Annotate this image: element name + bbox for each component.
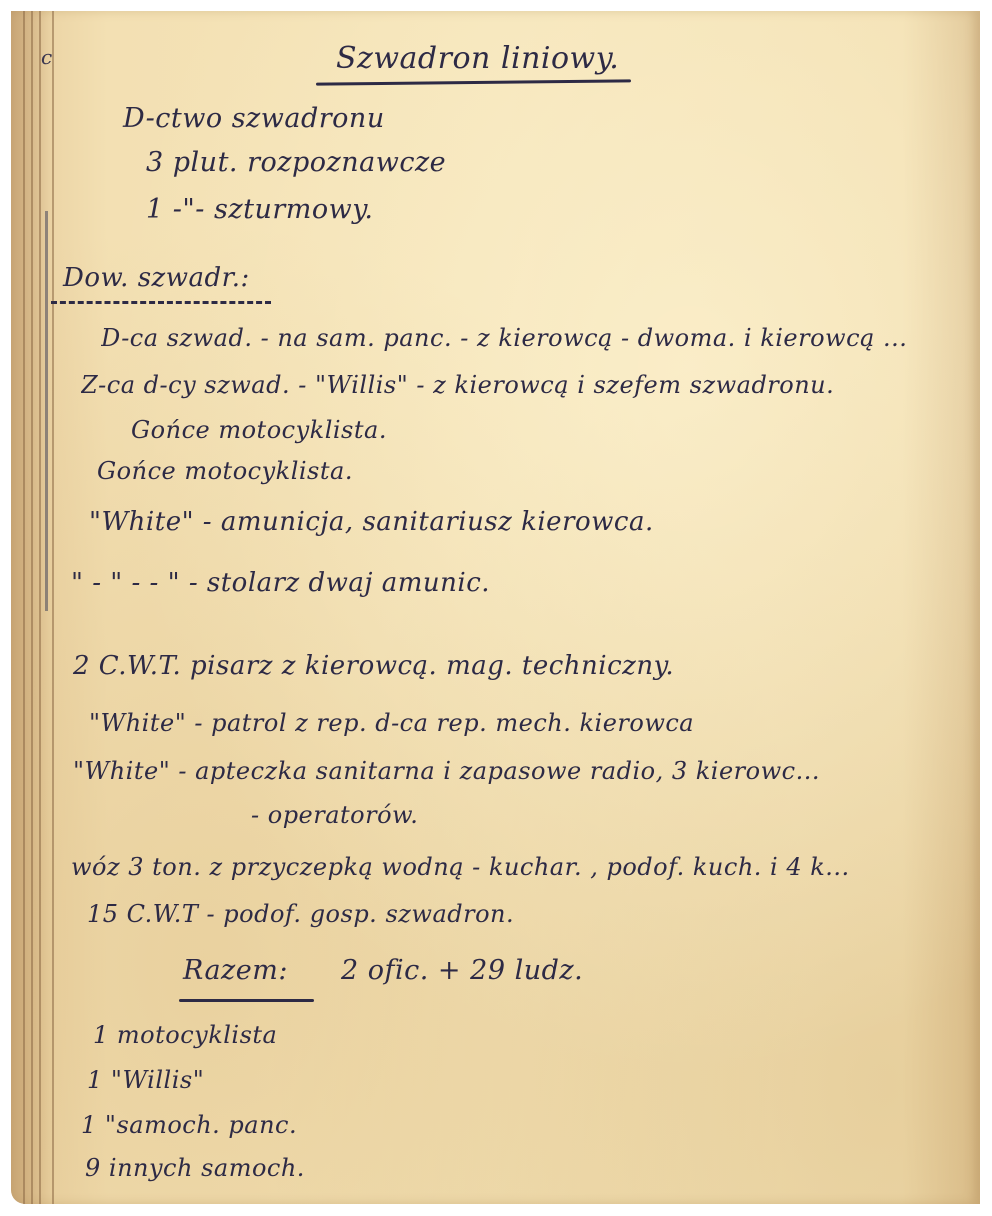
text-line: "White" - amunicja, sanitariusz kierowca…	[89, 507, 654, 537]
composition-line: 3 plut. rozpoznawcze	[146, 147, 446, 178]
text-line: D-ca szwad. - na sam. panc. - z kierowcą…	[101, 324, 976, 352]
binding-line	[39, 11, 41, 1204]
composition-line: D-ctwo szwadronu	[123, 103, 385, 134]
text-line: "White" - patrol z rep. d-ca rep. mech. …	[89, 709, 694, 737]
page-title: Szwadron liniowy.	[336, 41, 619, 76]
text-line: 15 C.W.T - podof. gosp. szwadron.	[87, 900, 514, 928]
text-line: Gońce motocyklista.	[131, 416, 387, 444]
text-line: - operatorów.	[251, 801, 418, 829]
vehicle-line: 1 "Willis"	[87, 1066, 204, 1094]
text-line: Gońce motocyklista.	[97, 457, 353, 485]
text-line: Z-ca d-cy szwad. - "Willis" - z kierowcą…	[81, 371, 976, 399]
text-line: 2 C.W.T. pisarz z kierowcą. mag. technic…	[73, 651, 674, 681]
notebook-page: c Szwadron liniowy. D-ctwo szwadronu 3 p…	[11, 11, 980, 1204]
binding-line	[31, 11, 33, 1204]
text-line: wóz 3 ton. z przyczepką wodną - kuchar. …	[71, 853, 978, 881]
composition-line: 1 -"- szturmowy.	[146, 194, 373, 225]
vehicle-line: 9 innych samoch.	[85, 1154, 305, 1182]
section-heading: Dow. szwadr.:	[63, 263, 250, 293]
summary-underline	[179, 999, 314, 1002]
binding-line	[23, 11, 25, 1204]
summary-value: 2 ofic. + 29 ludz.	[341, 955, 583, 986]
vehicle-line: 1 "samoch. panc.	[81, 1111, 297, 1139]
heading-underline	[51, 301, 271, 304]
text-line: " - " - - " - stolarz dwaj amunic.	[71, 568, 490, 598]
margin-bracket	[45, 211, 54, 611]
text-line: "White" - apteczka sanitarna i zapasowe …	[73, 757, 978, 785]
summary-label: Razem:	[183, 955, 288, 986]
title-underline	[316, 79, 631, 85]
vehicle-line: 1 motocyklista	[93, 1021, 277, 1049]
margin-mark: c	[41, 45, 52, 69]
